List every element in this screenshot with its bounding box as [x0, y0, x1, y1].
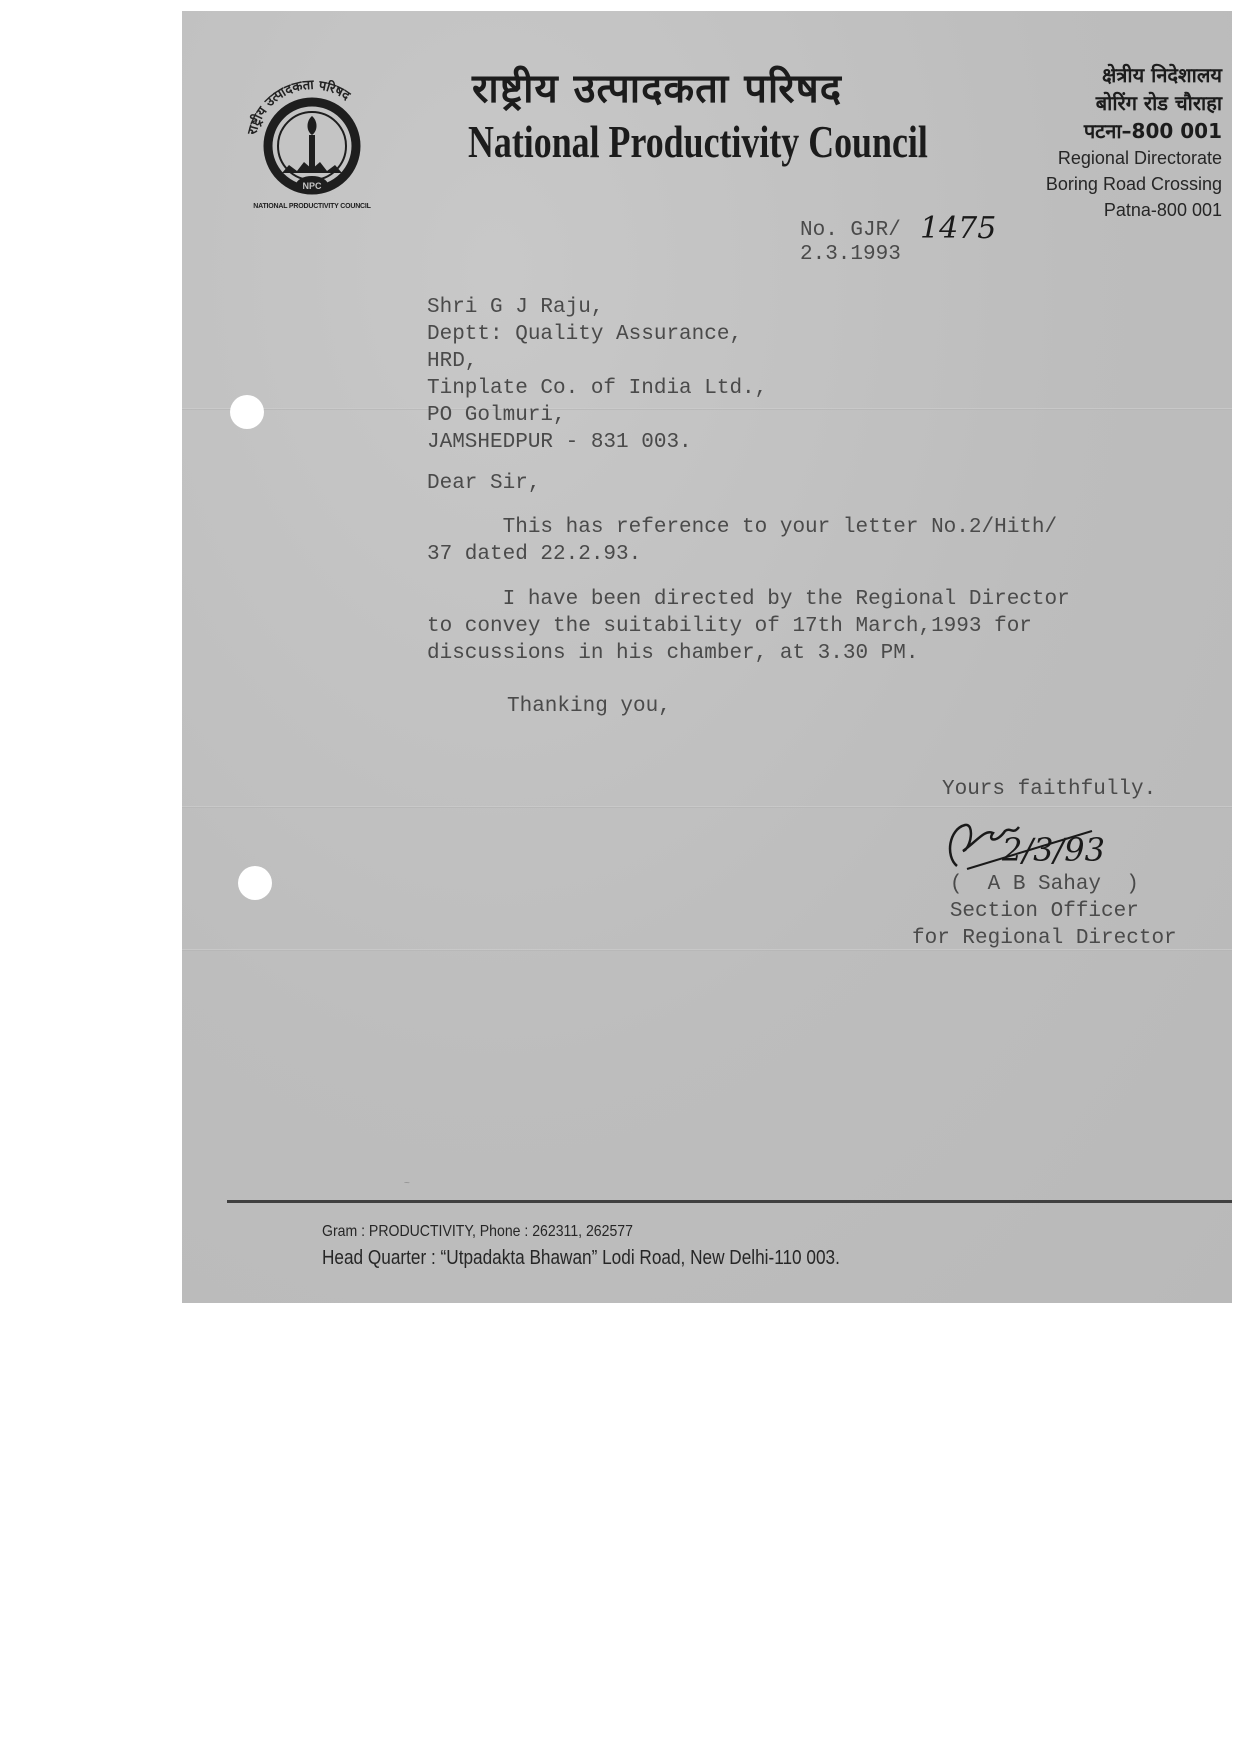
- org-name-english: National Productivity Council: [468, 115, 928, 168]
- recipient-line: PO Golmuri,: [427, 402, 767, 429]
- thanks-line: Thanking you,: [507, 693, 671, 720]
- faint-mark: ~: [404, 1178, 410, 1189]
- closing: Yours faithfully.: [942, 776, 1156, 803]
- npc-logo: राष्ट्रीय उत्पादकता परिषद NPC NATIONAL P…: [237, 61, 387, 221]
- reference-number-handwritten: 1475: [920, 211, 996, 246]
- svg-text:NPC: NPC: [302, 181, 322, 191]
- npc-emblem-icon: राष्ट्रीय उत्पादकता परिषद NPC: [237, 61, 387, 201]
- office-english-line: Patna-800 001: [1046, 197, 1222, 223]
- office-hindi-line: बोरिंग रोड चौराहा: [1046, 89, 1222, 117]
- office-hindi-line: पटना–800 001: [1046, 117, 1222, 145]
- footer-rule: [227, 1200, 1232, 1203]
- punch-hole: [238, 866, 272, 900]
- org-name-hindi: राष्ट्रीय उत्पादकता परिषद: [472, 59, 842, 114]
- footer-headquarters: Head Quarter : “Utpadakta Bhawan” Lodi R…: [322, 1247, 840, 1270]
- signer-block: ( A B Sahay ) Section Officer for Region…: [912, 871, 1177, 952]
- recipient-line: Shri G J Raju,: [427, 294, 767, 321]
- signer-line: ( A B Sahay ): [912, 871, 1177, 898]
- signer-line: Section Officer: [912, 898, 1177, 925]
- recipient-address: Shri G J Raju, Deptt: Quality Assurance,…: [427, 294, 767, 456]
- signature-date: 2/3/93: [1002, 831, 1105, 869]
- salutation: Dear Sir,: [427, 470, 540, 497]
- office-english-line: Boring Road Crossing: [1046, 171, 1222, 197]
- office-english-line: Regional Directorate: [1046, 145, 1222, 171]
- signer-line: for Regional Director: [912, 925, 1177, 952]
- punch-hole: [230, 395, 264, 429]
- recipient-line: JAMSHEDPUR - 831 003.: [427, 429, 767, 456]
- recipient-line: HRD,: [427, 348, 767, 375]
- letter-paper: राष्ट्रीय उत्पादकता परिषद NPC NATIONAL P…: [182, 11, 1232, 1303]
- recipient-line: Tinplate Co. of India Ltd.,: [427, 375, 767, 402]
- body-paragraph: This has reference to your letter No.2/H…: [427, 514, 1057, 568]
- fold-crease: [182, 806, 1232, 808]
- letter-date: 2.3.1993: [800, 241, 901, 268]
- recipient-line: Deptt: Quality Assurance,: [427, 321, 767, 348]
- body-paragraph: I have been directed by the Regional Dir…: [427, 586, 1070, 667]
- logo-caption: NATIONAL PRODUCTIVITY COUNCIL: [237, 203, 387, 210]
- office-address-block: क्षेत्रीय निदेशालय बोरिंग रोड चौराहा पटन…: [1046, 61, 1222, 223]
- footer-contact: Gram : PRODUCTIVITY, Phone : 262311, 262…: [322, 1223, 633, 1241]
- reference-number: No. GJR/: [800, 217, 901, 244]
- office-hindi-line: क्षेत्रीय निदेशालय: [1046, 61, 1222, 89]
